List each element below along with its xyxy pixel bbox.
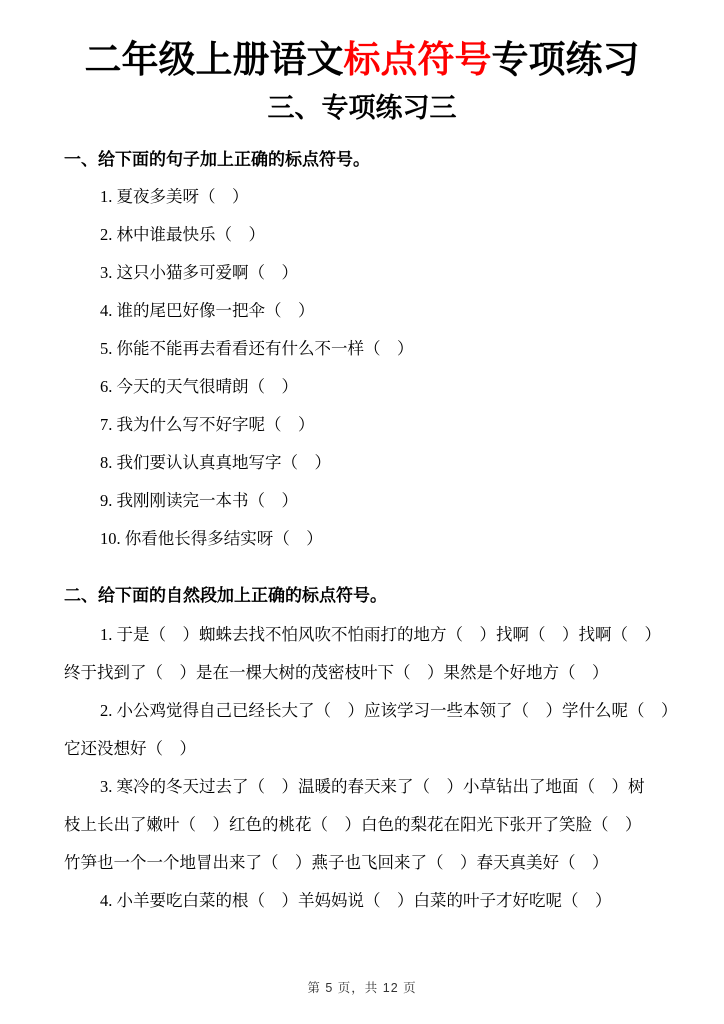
paragraph-line: 它还没想好（ ）	[64, 730, 660, 768]
question-item: 6. 今天的天气很晴朗（ ）	[64, 368, 660, 406]
section2-heading: 二、给下面的自然段加上正确的标点符号。	[64, 586, 660, 606]
section1-items: 1. 夏夜多美呀（ ） 2. 林中谁最快乐（ ） 3. 这只小猫多可爱啊（ ） …	[64, 178, 660, 558]
worksheet-title: 二年级上册语文标点符号专项练习	[64, 36, 660, 84]
question-item: 9. 我刚刚读完一本书（ ）	[64, 482, 660, 520]
paragraph-line: 3. 寒冷的冬天过去了（ ）温暖的春天来了（ ）小草钻出了地面（ ）树	[64, 768, 660, 806]
worksheet-page: 二年级上册语文标点符号专项练习 三、专项练习三 一、给下面的句子加上正确的标点符…	[0, 0, 724, 920]
page-footer: 第 5 页，共 12 页	[0, 978, 724, 996]
worksheet-subtitle: 三、专项练习三	[64, 88, 660, 128]
title-highlight: 标点符号	[344, 39, 492, 80]
paragraph-line: 4. 小羊要吃白菜的根（ ）羊妈妈说（ ）白菜的叶子才好吃呢（ ）	[64, 882, 660, 920]
title-text-post: 专项练习	[492, 39, 640, 80]
paragraph-line: 竹笋也一个一个地冒出来了（ ）燕子也飞回来了（ ）春天真美好（ ）	[64, 844, 660, 882]
question-item: 7. 我为什么写不好字呢（ ）	[64, 406, 660, 444]
question-item: 1. 夏夜多美呀（ ）	[64, 178, 660, 216]
title-text-pre: 二年级上册语文	[85, 39, 344, 80]
paragraph-line: 枝上长出了嫩叶（ ）红色的桃花（ ）白色的梨花在阳光下张开了笑脸（ ）	[64, 806, 660, 844]
question-item: 4. 谁的尾巴好像一把伞（ ）	[64, 292, 660, 330]
question-item: 2. 林中谁最快乐（ ）	[64, 216, 660, 254]
section2-paragraphs: 1. 于是（ ）蜘蛛去找不怕风吹不怕雨打的地方（ ）找啊（ ）找啊（ ） 终于找…	[64, 616, 660, 920]
question-item: 3. 这只小猫多可爱啊（ ）	[64, 254, 660, 292]
paragraph-line: 终于找到了（ ）是在一棵大树的茂密枝叶下（ ）果然是个好地方（ ）	[64, 654, 660, 692]
section1-heading: 一、给下面的句子加上正确的标点符号。	[64, 150, 660, 170]
paragraph-line: 1. 于是（ ）蜘蛛去找不怕风吹不怕雨打的地方（ ）找啊（ ）找啊（ ）	[64, 616, 660, 654]
question-item: 5. 你能不能再去看看还有什么不一样（ ）	[64, 330, 660, 368]
question-item: 8. 我们要认认真真地写字（ ）	[64, 444, 660, 482]
paragraph-line: 2. 小公鸡觉得自己已经长大了（ ）应该学习一些本领了（ ）学什么呢（ ）	[64, 692, 660, 730]
question-item: 10. 你看他长得多结实呀（ ）	[64, 520, 660, 558]
